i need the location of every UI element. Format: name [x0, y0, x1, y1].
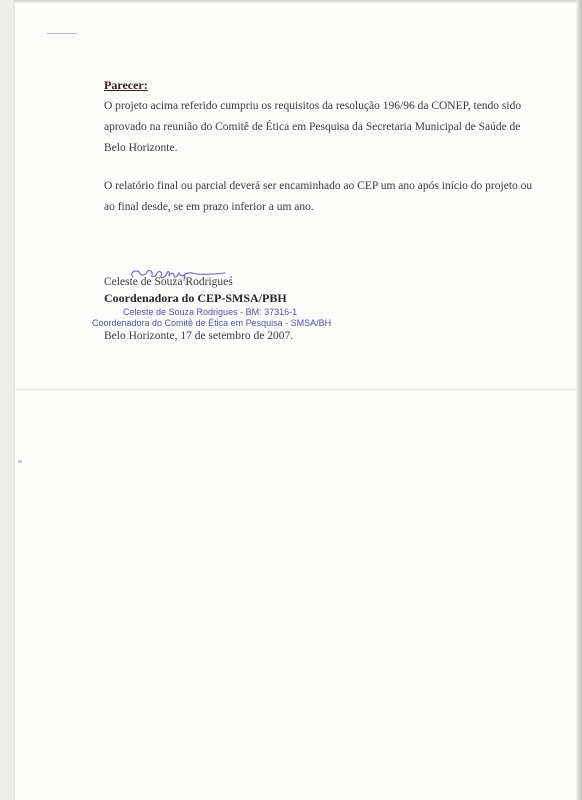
page-top-edge: [15, 0, 582, 3]
scan-left-margin: [0, 0, 15, 800]
report-paragraph: O relatório final ou parcial deverá ser …: [104, 176, 544, 218]
stamp-line-name: Celeste de Souza Rodrigues - BM: 37316-1: [123, 307, 297, 317]
scan-speck: [18, 460, 22, 463]
stamp-line-role: Coordenadora do Comitê de Ética em Pesqu…: [92, 318, 331, 328]
place-and-date: Belo Horizonte, 17 de setembro de 2007.: [104, 330, 293, 342]
paper-fold-line: [15, 389, 576, 391]
page-right-edge: [577, 0, 582, 800]
section-heading: Parecer:: [104, 78, 148, 93]
approval-paragraph: O projeto acima referido cumpriu os requ…: [104, 96, 544, 159]
signatory-name: Celeste de Souza Rodrigues: [104, 276, 233, 288]
signatory-title: Coordenadora do CEP-SMSA/PBH: [104, 291, 287, 306]
scan-speck: [47, 33, 77, 34]
